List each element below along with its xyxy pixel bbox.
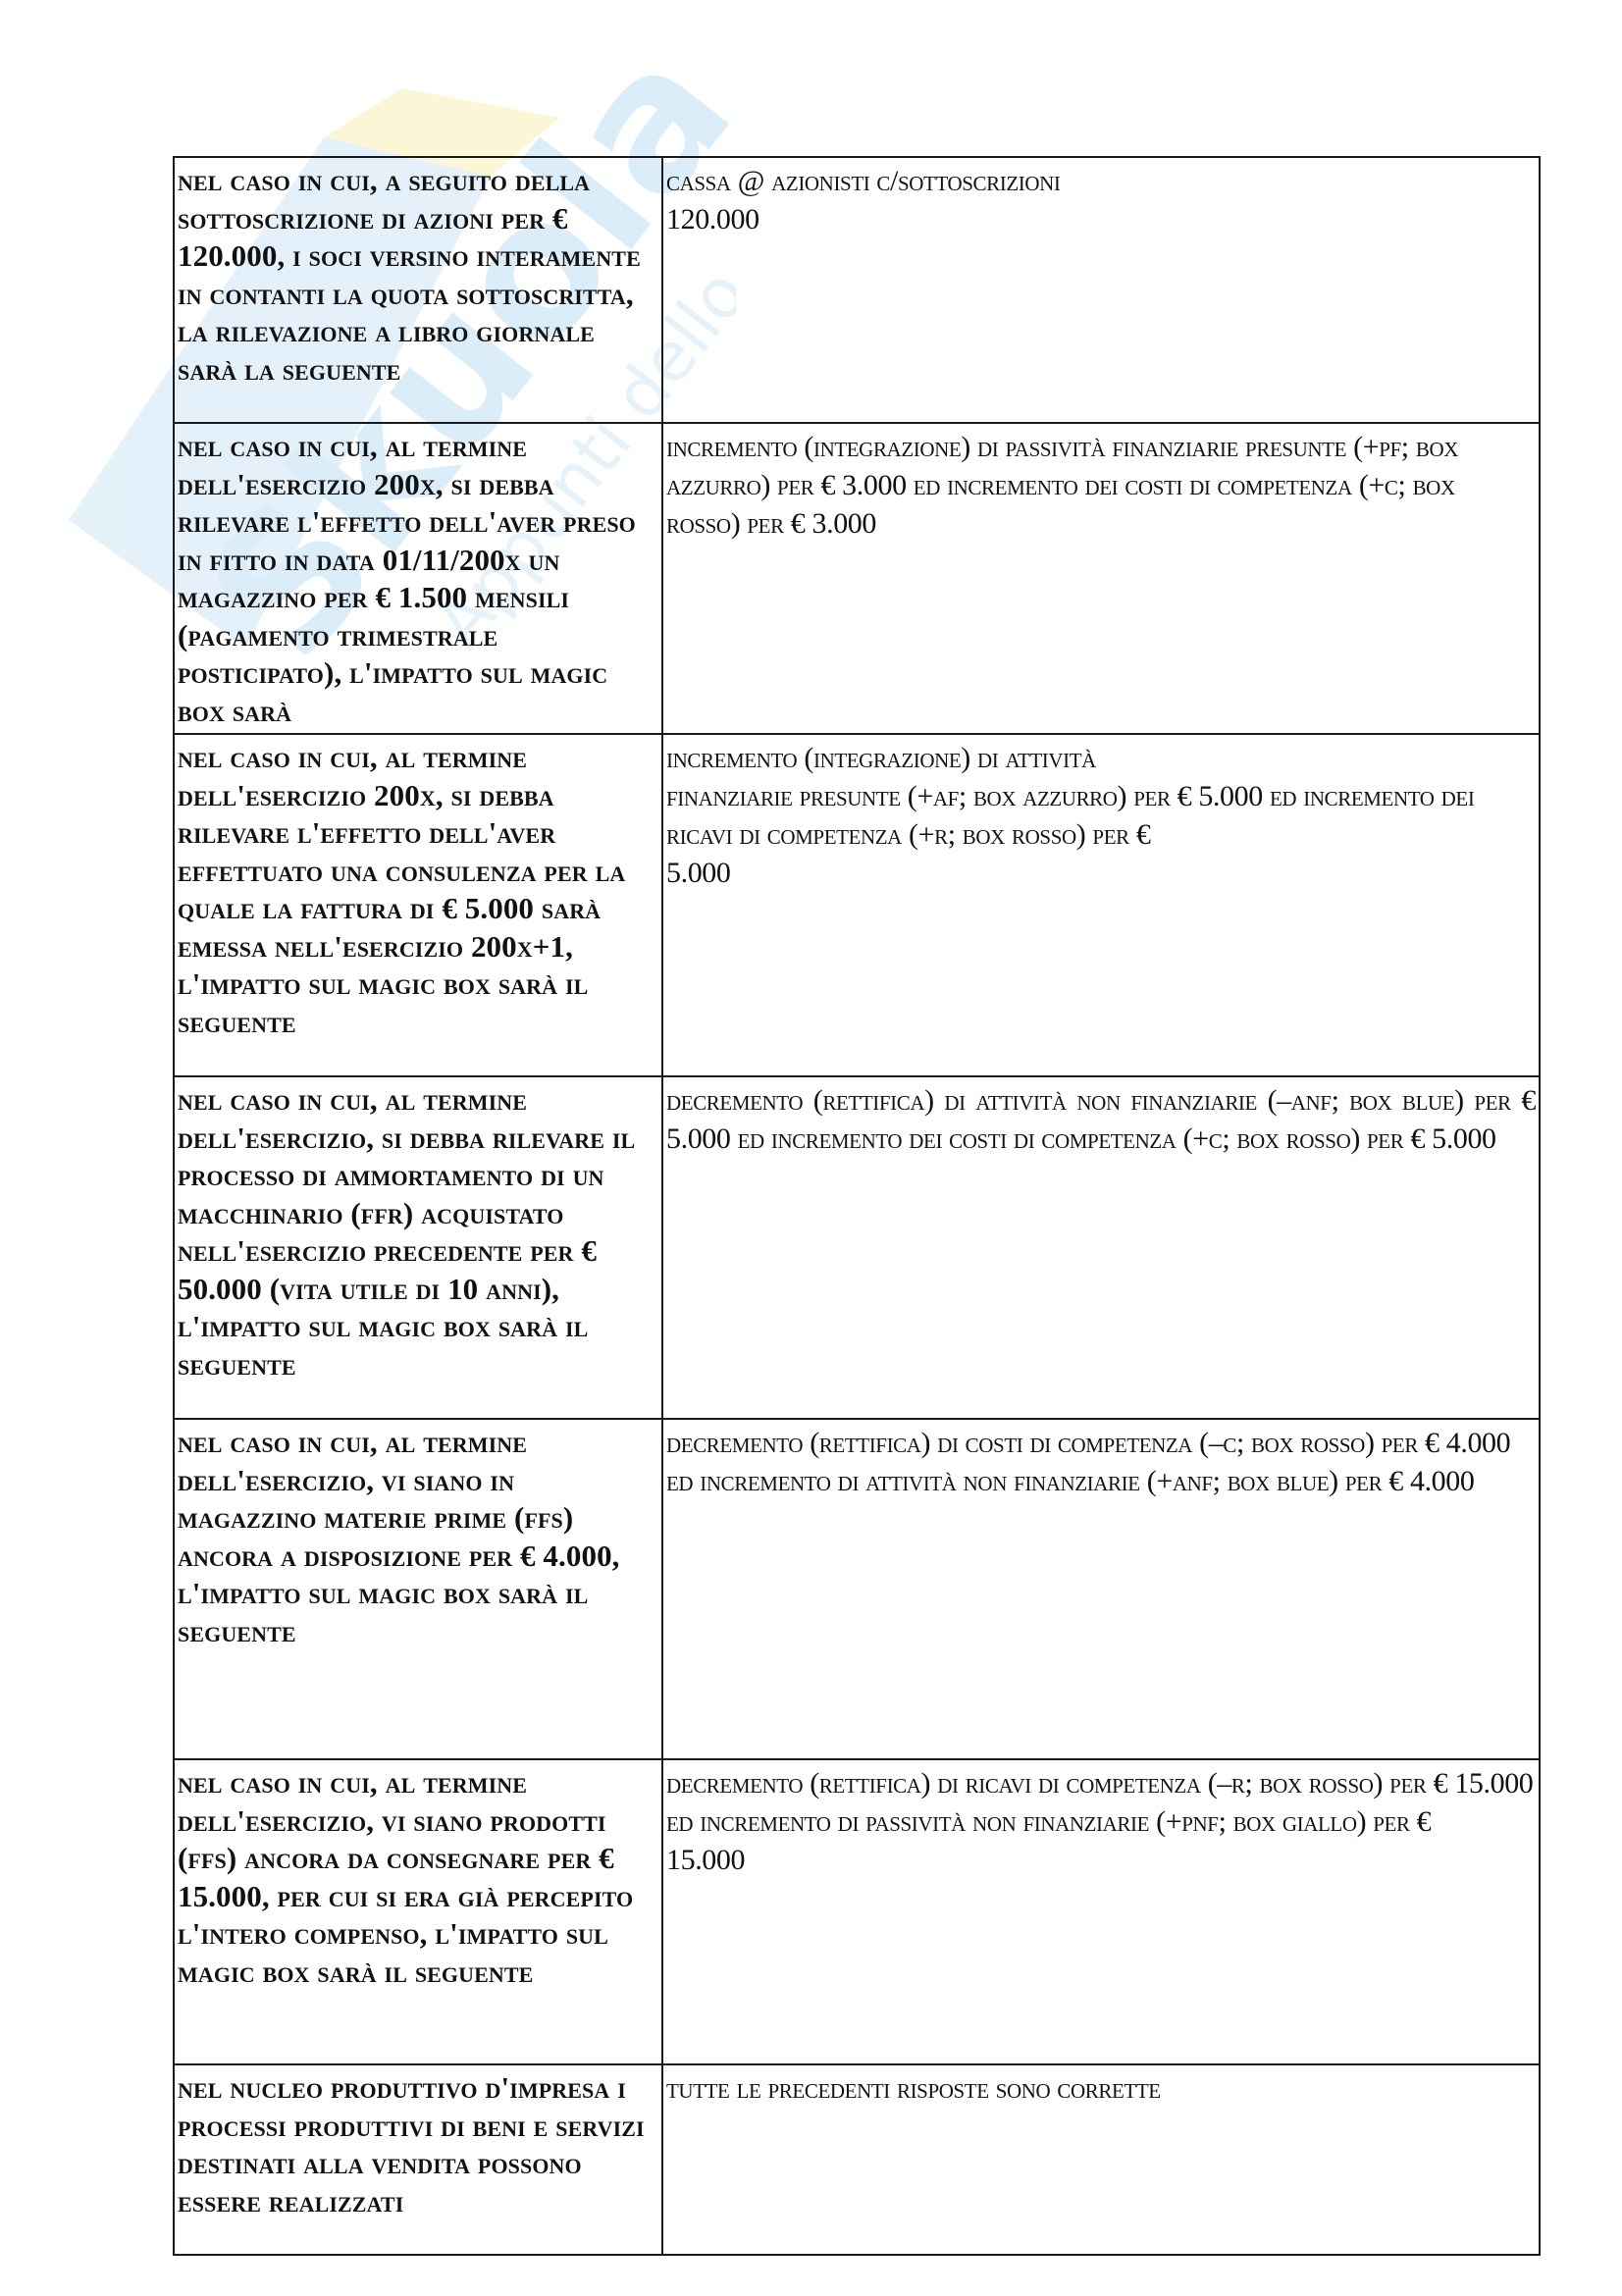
answer-cell: TUTTE LE PRECEDENTI RISPOSTE SONO CORRET… xyxy=(662,2064,1540,2255)
table-row: NEL CASO IN CUI, A SEGUITO DELLA SOTTOSC… xyxy=(174,157,1540,423)
answer-cell: DECREMENTO (RETTIFICA) DI ATTIVITÀ NON F… xyxy=(662,1076,1540,1419)
answer-cell: CASSA @ AZIONISTI C/SOTTOSCRIZIONI 120.0… xyxy=(662,157,1540,423)
table-row: NEL NUCLEO PRODUTTIVO D'IMPRESA I PROCES… xyxy=(174,2064,1540,2255)
table-row: NEL CASO IN CUI, AL TERMINE DELL'ESERCIZ… xyxy=(174,1419,1540,1759)
answer-cell: DECREMENTO (RETTIFICA) DI COSTI DI COMPE… xyxy=(662,1419,1540,1759)
table-row: NEL CASO IN CUI, AL TERMINE DELL'ESERCIZ… xyxy=(174,1759,1540,2064)
question-cell: NEL CASO IN CUI, AL TERMINE DELL'ESERCIZ… xyxy=(174,1419,662,1759)
table-row: NEL CASO IN CUI, AL TERMINE DELL'ESERCIZ… xyxy=(174,734,1540,1076)
answer-cell: DECREMENTO (RETTIFICA) DI RICAVI DI COMP… xyxy=(662,1759,1540,2064)
qa-table: NEL CASO IN CUI, A SEGUITO DELLA SOTTOSC… xyxy=(173,156,1541,2256)
question-cell: NEL CASO IN CUI, AL TERMINE DELL'ESERCIZ… xyxy=(174,1759,662,2064)
answer-cell: INCREMENTO (INTEGRAZIONE) DI ATTIVITÀ FI… xyxy=(662,734,1540,1076)
question-cell: NEL CASO IN CUI, AL TERMINE DELL'ESERCIZ… xyxy=(174,734,662,1076)
answer-cell: INCREMENTO (INTEGRAZIONE) DI PASSIVITÀ F… xyxy=(662,423,1540,734)
question-cell: NEL CASO IN CUI, A SEGUITO DELLA SOTTOSC… xyxy=(174,157,662,423)
question-cell: NEL CASO IN CUI, AL TERMINE DELL'ESERCIZ… xyxy=(174,423,662,734)
question-cell: NEL NUCLEO PRODUTTIVO D'IMPRESA I PROCES… xyxy=(174,2064,662,2255)
table-row: NEL CASO IN CUI, AL TERMINE DELL'ESERCIZ… xyxy=(174,1076,1540,1419)
table-row: NEL CASO IN CUI, AL TERMINE DELL'ESERCIZ… xyxy=(174,423,1540,734)
question-cell: NEL CASO IN CUI, AL TERMINE DELL'ESERCIZ… xyxy=(174,1076,662,1419)
